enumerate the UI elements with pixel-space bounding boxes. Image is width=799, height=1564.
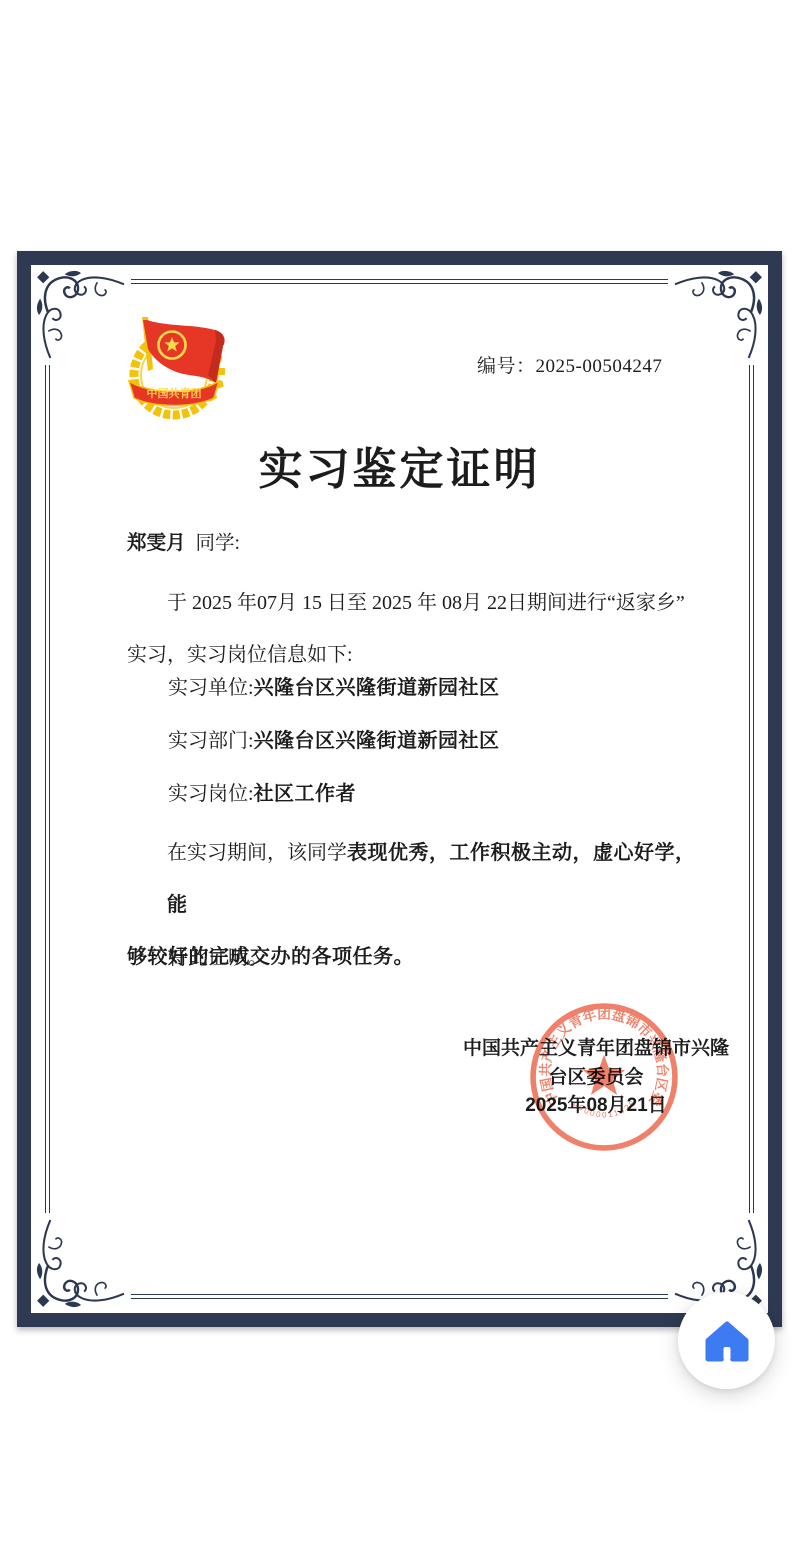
corner-flourish-top-left	[34, 268, 126, 360]
field-row-unit: 实习单位:兴隆台区兴隆街道新园社区	[168, 671, 500, 700]
field-row-department: 实习部门:兴隆台区兴隆街道新园社区	[168, 724, 500, 753]
field-value: 社区工作者	[254, 783, 357, 805]
intro-line-1: 于 2025 年07月 15 日至 2025 年 08月 22日期间进行“返家乡…	[127, 577, 687, 629]
field-value: 兴隆台区兴隆街道新园社区	[254, 677, 500, 699]
intro-paragraph: 于 2025 年07月 15 日至 2025 年 08月 22日期间进行“返家乡…	[127, 577, 687, 681]
field-label: 实习单位:	[168, 677, 254, 699]
inner-border-bottom	[131, 1294, 668, 1299]
evaluation-line-1: 在实习期间，该同学表现优秀，工作积极主动，虚心好学，能	[127, 827, 702, 931]
youth-league-emblem-icon: 中国共青团	[117, 311, 239, 423]
field-label: 实习岗位:	[168, 783, 254, 805]
certificate-frame: 中国共青团 编号：2025-00504247 实习鉴定证明 郑雯月同学: 于 2…	[17, 251, 782, 1327]
certificate-title: 实习鉴定证明	[31, 433, 768, 497]
inner-border-top	[131, 279, 668, 284]
recipient-name: 郑雯月	[127, 533, 186, 554]
evaluation-normal-text: 在实习期间，该同学	[167, 842, 347, 864]
field-label: 实习部门:	[168, 730, 254, 752]
home-icon	[703, 1317, 751, 1365]
emblem-banner-text: 中国共青团	[147, 386, 202, 400]
field-row-position: 实习岗位:社区工作者	[168, 777, 356, 806]
serial-number: 编号：2025-00504247	[477, 351, 662, 378]
salutation: 郑雯月同学:	[127, 527, 240, 555]
home-button[interactable]	[678, 1292, 775, 1389]
page-root: 中国共青团 编号：2025-00504247 实习鉴定证明 郑雯月同学: 于 2…	[0, 0, 799, 1564]
closing-statement: 特此证明。	[168, 941, 268, 970]
corner-flourish-bottom-left	[34, 1218, 126, 1310]
stamp-ring-text: 中国共产主义青年团盘锦市兴隆台区委员会	[528, 1001, 671, 1109]
stamp-serial-number: 100000011426	[567, 1095, 638, 1120]
stamp-star	[583, 1055, 625, 1095]
svg-text:中国共产主义青年团盘锦市兴隆台区委员会: 中国共产主义青年团盘锦市兴隆台区委员会	[528, 1001, 671, 1109]
field-value: 兴隆台区兴隆街道新园社区	[254, 730, 500, 752]
corner-flourish-top-right	[673, 268, 765, 360]
svg-text:100000011426: 100000011426	[567, 1095, 638, 1120]
recipient-suffix: 同学:	[196, 533, 240, 554]
official-stamp: 中国共产主义青年团盘锦市兴隆台区委员会 100000011426	[528, 1001, 680, 1153]
